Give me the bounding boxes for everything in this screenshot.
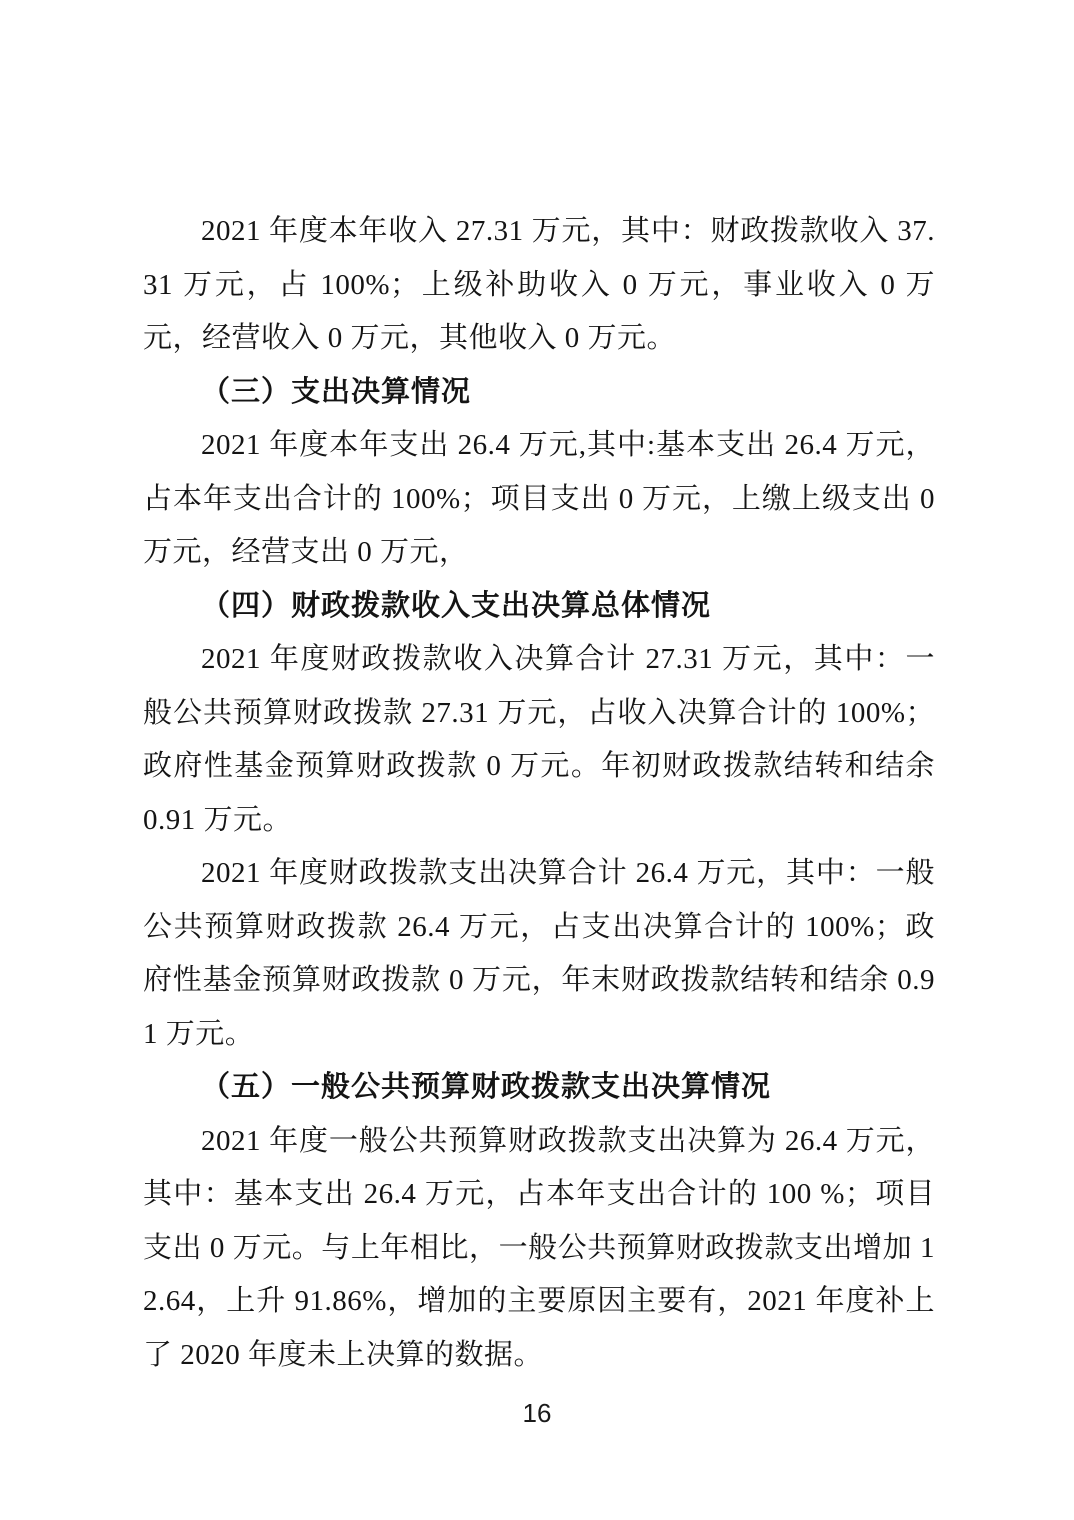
paragraph-expenditure-summary: 2021 年度本年支出 26.4 万元,其中:基本支出 26.4 万元，占本年支… xyxy=(143,419,935,580)
document-page: 2021 年度本年收入 27.31 万元，其中：财政拨款收入 37.31 万元，… xyxy=(0,0,1074,1520)
page-number: 16 xyxy=(0,1398,1074,1429)
section-heading-3: （三）支出决算情况 xyxy=(143,366,935,420)
paragraph-general-budget-expenditure: 2021 年度一般公共预算财政拨款支出决算为 26.4 万元，其中：基本支出 2… xyxy=(143,1115,935,1383)
paragraph-fiscal-income-total: 2021 年度财政拨款收入决算合计 27.31 万元，其中：一般公共预算财政拨款… xyxy=(143,633,935,847)
paragraph-income-summary: 2021 年度本年收入 27.31 万元，其中：财政拨款收入 37.31 万元，… xyxy=(143,205,935,366)
section-heading-4: （四）财政拨款收入支出决算总体情况 xyxy=(143,580,935,634)
document-body: 2021 年度本年收入 27.31 万元，其中：财政拨款收入 37.31 万元，… xyxy=(143,205,935,1382)
section-heading-5: （五）一般公共预算财政拨款支出决算情况 xyxy=(143,1061,935,1115)
paragraph-fiscal-expenditure-total: 2021 年度财政拨款支出决算合计 26.4 万元，其中：一般公共预算财政拨款 … xyxy=(143,847,935,1061)
